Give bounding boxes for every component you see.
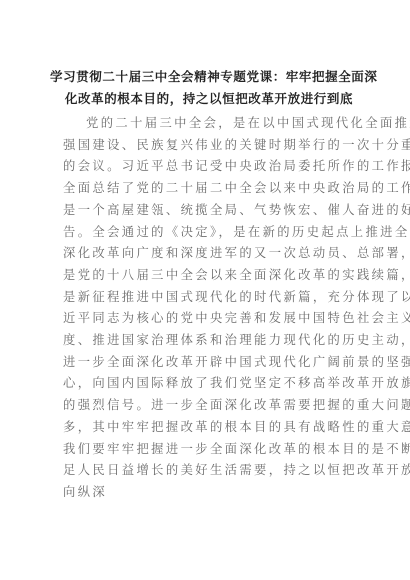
body-line: 多，其中牢牢把握改革的根本目的具有战略性的重大意义。 [63, 420, 338, 434]
body-line: 进一步全面深化改革开辟中国式现代化广阔前景的坚强决 [63, 355, 338, 369]
body-line: 是党的十八届三中全会以来全面深化改革的实践续篇，也 [63, 268, 338, 282]
body-line: 的强烈信号。进一步全面深化改革需要把握的重大问题很 [63, 398, 338, 412]
body-line: 心，向国内国际释放了我们党坚定不移高举改革开放旗帜 [63, 376, 338, 390]
body-line: 告。全会通过的《决定》，是在新的历史起点上推进全面 [63, 225, 338, 239]
body-line: 向纵深 [63, 485, 338, 499]
document-title-line-1: 学习贯彻二十届三中全会精神专题党课：牢牢把握全面深 [50, 67, 368, 85]
body-line: 强国建设、民族复兴伟业的关键时期举行的一次十分重要 [63, 138, 338, 152]
body-line: 足人民日益增长的美好生活需要，持之以恒把改革开放推 [63, 463, 338, 477]
body-line: 我们要牢牢把握进一步全面深化改革的根本目的是不断满 [63, 442, 338, 456]
body-line: 度、推进国家治理体系和治理能力现代化的历史主动，以 [63, 333, 338, 347]
body-line: 深化改革向广度和深度进军的又一次总动员、总部署，既 [63, 246, 338, 260]
document-title-line-2: 化改革的根本目的，持之以恒把改革开放进行到底 [50, 89, 368, 107]
body-line: 党的二十届三中全会，是在以中国式现代化全面推进 [86, 116, 361, 130]
body-line: 是一个高屋建瓴、统揽全局、气势恢宏、催人奋进的好报 [63, 203, 338, 217]
body-line: 是新征程推进中国式现代化的时代新篇，充分体现了以习 [63, 290, 338, 304]
body-line: 全面总结了党的二十届二中全会以来中央政治局的工作， [63, 181, 338, 195]
body-line: 近平同志为核心的党中央完善和发展中国特色社会主义制 [63, 311, 338, 325]
body-line: 的会议。习近平总书记受中央政治局委托所作的工作报告， [63, 159, 338, 173]
document-page: 学习贯彻二十届三中全会精神专题党课：牢牢把握全面深 化改革的根本目的，持之以恒把… [0, 0, 410, 580]
